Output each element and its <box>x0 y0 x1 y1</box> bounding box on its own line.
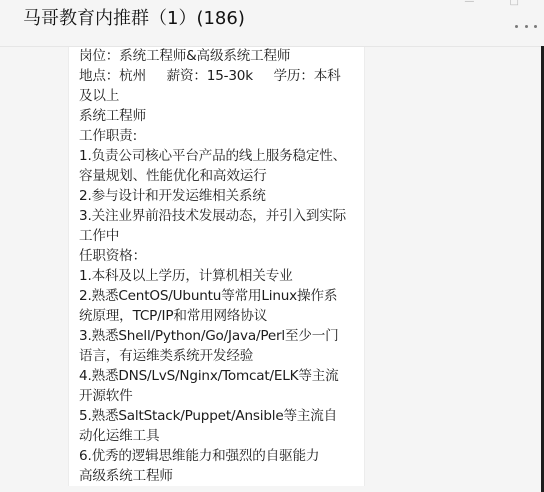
message-line: 1.负责公司核心平台产品的线上服务稳定性、 <box>79 146 364 166</box>
message-line: 语言，有运维类系统开发经验 <box>79 346 364 366</box>
message-line: 3.关注业界前沿技术发展动态，并引入到实际 <box>79 206 364 226</box>
message-line: 高级系统工程师 <box>79 466 364 486</box>
message-line: 2.熟悉CentOS/Ubuntu等常用Linux操作系 <box>79 286 364 306</box>
message-line: 1.本科及以上学历，计算机相关专业 <box>79 266 364 286</box>
message-line: 工作中 <box>79 226 364 246</box>
chat-header: 马哥教育内推群（1）(186) — □ <box>0 0 541 47</box>
window-controls[interactable]: — □ <box>464 0 535 7</box>
message-line: 岗位：系统工程师&高级系统工程师 <box>79 47 364 66</box>
message-line: 开源软件 <box>79 386 364 406</box>
message-line: 动化运维工具 <box>79 426 364 446</box>
chat-window: 马哥教育内推群（1）(186) — □ 职位：... 岗位：系统工程师&高级系统… <box>0 0 544 492</box>
message-line: 5.熟悉SaltStack/Puppet/Ansible等主流自 <box>79 406 364 426</box>
message-line: 工作职责: <box>79 126 364 146</box>
message-list[interactable]: 职位：... 岗位：系统工程师&高级系统工程师 地点：杭州 薪资：15-30k … <box>0 47 541 492</box>
message-line: 系统工程师 <box>79 106 364 126</box>
message-line: 地点：杭州 薪资：15-30k 学历：本科 <box>79 66 364 86</box>
message-line: 任职资格： <box>79 246 364 266</box>
message-line: 容量规划、性能优化和高效运行 <box>79 166 364 186</box>
more-dots-icon <box>525 25 528 28</box>
message-line: 4.熟悉DNS/LvS/Nginx/Tomcat/ELK等主流 <box>79 366 364 386</box>
message-line: 2.参与设计和开发运维相关系统 <box>79 186 364 206</box>
message-line: 3.熟悉Shell/Python/Go/Java/Perl至少一门 <box>79 326 364 346</box>
message-line: 6.优秀的逻辑思维能力和强烈的自驱能力 <box>79 446 364 466</box>
more-dots-icon <box>534 25 537 28</box>
more-options-button[interactable] <box>515 20 537 32</box>
message-line: 及以上 <box>79 86 364 106</box>
message-line: 统原理，TCP/IP和常用网络协议 <box>79 306 364 326</box>
chat-title: 马哥教育内推群（1）(186) <box>23 6 245 32</box>
more-dots-icon <box>515 25 518 28</box>
message-bubble[interactable]: 职位：... 岗位：系统工程师&高级系统工程师 地点：杭州 薪资：15-30k … <box>68 47 365 486</box>
